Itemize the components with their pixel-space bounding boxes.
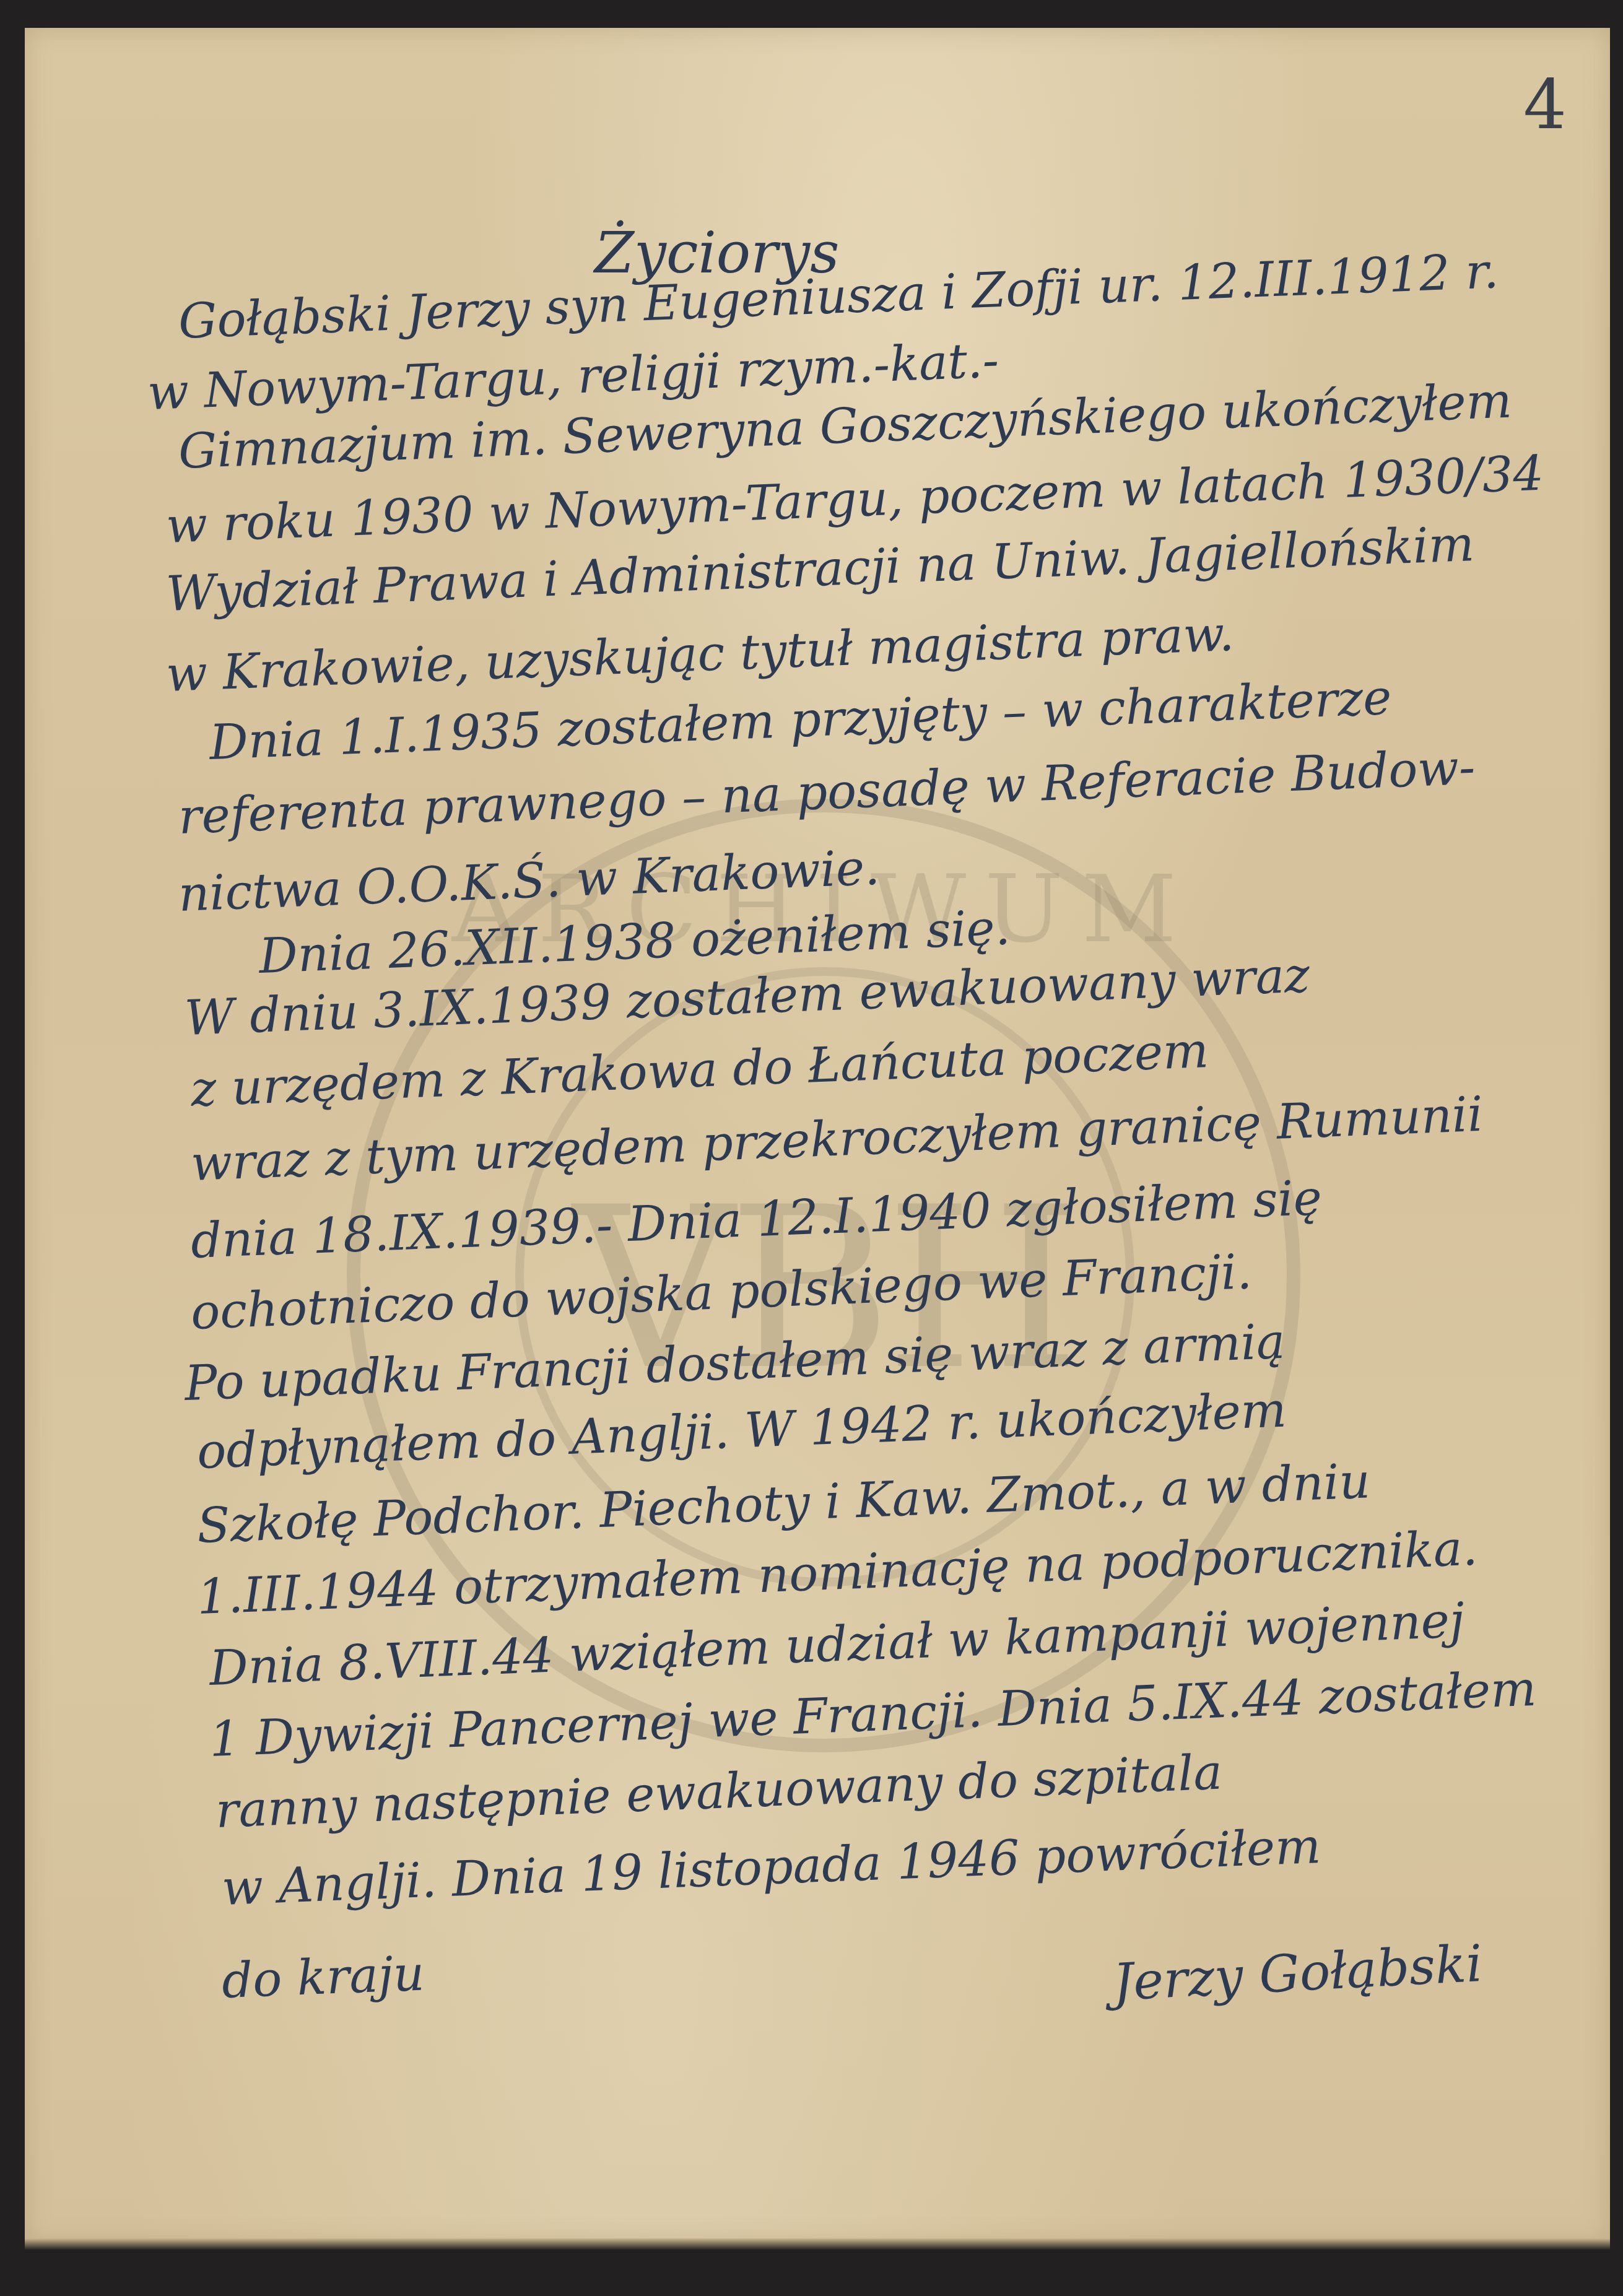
document-page: ARCHIWUM VBH 4 Życiorys Gołąbski Jerzy s… [25,28,1610,2245]
paper-edge [25,2238,1610,2250]
signature: Jerzy Gołąbski [1112,1934,1484,2012]
text-line-23: w Anglji. Dnia 19 listopada 1946 powróci… [221,1819,1322,1916]
page-number: 4 [1523,65,1567,144]
text-line-24: do kraju [221,1946,425,2009]
